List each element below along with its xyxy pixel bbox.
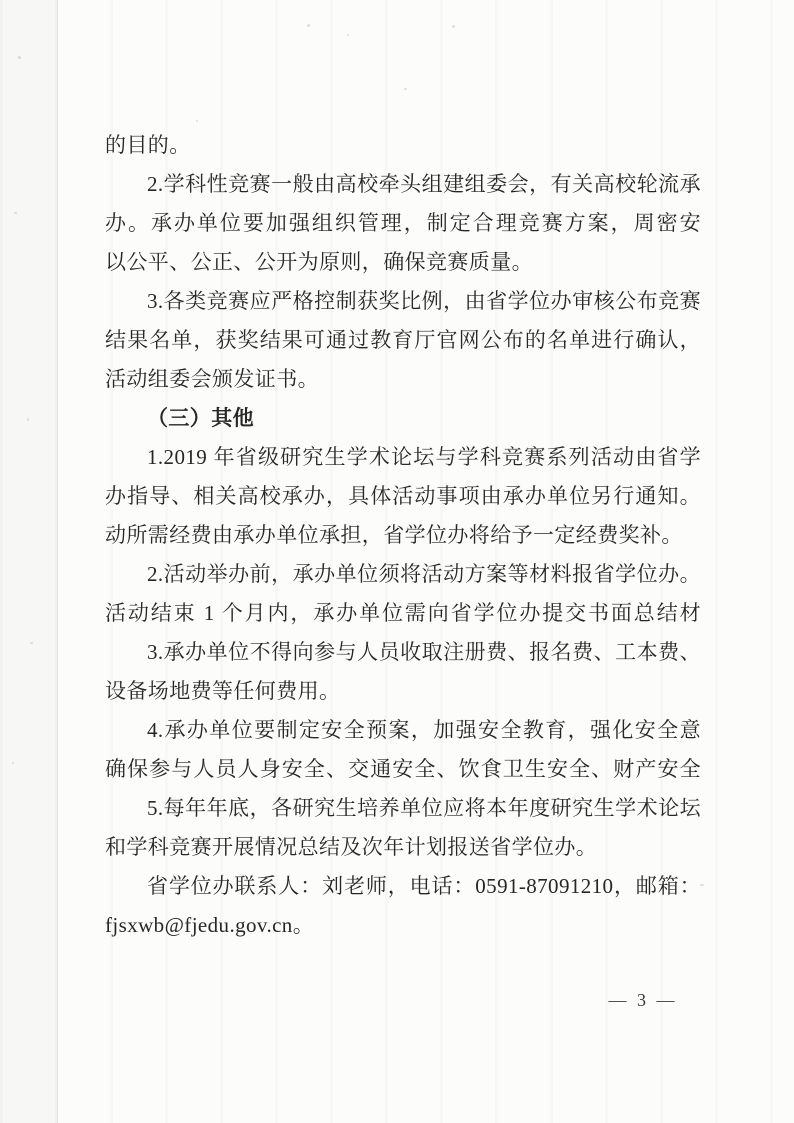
text-line: 结果名单，获奖结果可通过教育厅官网公布的名单进行确认，由	[105, 321, 701, 360]
document-body: 的目的。2.学科性竞赛一般由高校牵头组建组委会，有关高校轮流承办。承办单位要加强…	[105, 126, 701, 945]
page-number: — 3 —	[593, 990, 693, 1011]
scan-speck	[404, 88, 407, 90]
scan-speck	[27, 418, 29, 421]
text-line: 办指导、相关高校承办，具体活动事项由承办单位另行通知。活	[105, 477, 701, 516]
scan-edge-artifact	[0, 0, 58, 1123]
text-line: 办。承办单位要加强组织管理，制定合理竞赛方案，周密安排，	[105, 204, 701, 243]
text-line: 的目的。	[105, 126, 701, 165]
scan-speck	[307, 24, 310, 27]
text-line: 设备场地费等任何费用。	[105, 672, 701, 711]
text-line: 确保参与人员人身安全、交通安全、饮食卫生安全、财产安全等。	[105, 750, 701, 789]
scan-speck	[12, 762, 14, 764]
scan-speck	[18, 56, 21, 59]
text-line: （三）其他	[105, 399, 701, 438]
text-line: 1.2019 年省级研究生学术论坛与学科竞赛系列活动由省学位	[105, 438, 701, 477]
scan-speck	[14, 212, 17, 214]
text-line: 3.承办单位不得向参与人员收取注册费、报名费、工本费、	[105, 633, 701, 672]
scan-speck	[347, 34, 349, 36]
document-page: 的目的。2.学科性竞赛一般由高校牵头组建组委会，有关高校轮流承办。承办单位要加强…	[0, 0, 794, 1123]
text-line: 2.学科性竞赛一般由高校牵头组建组委会，有关高校轮流承	[105, 165, 701, 204]
scan-speck	[30, 642, 33, 644]
scan-speck	[452, 25, 455, 28]
text-line: 5.每年年底，各研究生培养单位应将本年度研究生学术论坛	[105, 789, 701, 828]
text-line: 活动结束 1 个月内，承办单位需向省学位办提交书面总结材料。	[105, 594, 701, 633]
text-line: 动所需经费由承办单位承担，省学位办将给予一定经费奖补。	[105, 516, 701, 555]
text-line: 活动组委会颁发证书。	[105, 360, 701, 399]
scan-speck	[196, 120, 198, 122]
text-line: 2.活动举办前，承办单位须将活动方案等材料报省学位办。	[105, 555, 701, 594]
text-line: 省学位办联系人：刘老师，电话：0591-87091210，邮箱：	[105, 867, 701, 906]
text-line: 以公平、公正、公开为原则，确保竞赛质量。	[105, 243, 701, 282]
text-line: 3.各类竞赛应严格控制获奖比例，由省学位办审核公布竞赛	[105, 282, 701, 321]
text-line: 4.承办单位要制定安全预案，加强安全教育，强化安全意识，	[105, 711, 701, 750]
text-line: 和学科竞赛开展情况总结及次年计划报送省学位办。	[105, 828, 701, 867]
text-line: fjsxwb@fjedu.gov.cn。	[105, 906, 701, 945]
